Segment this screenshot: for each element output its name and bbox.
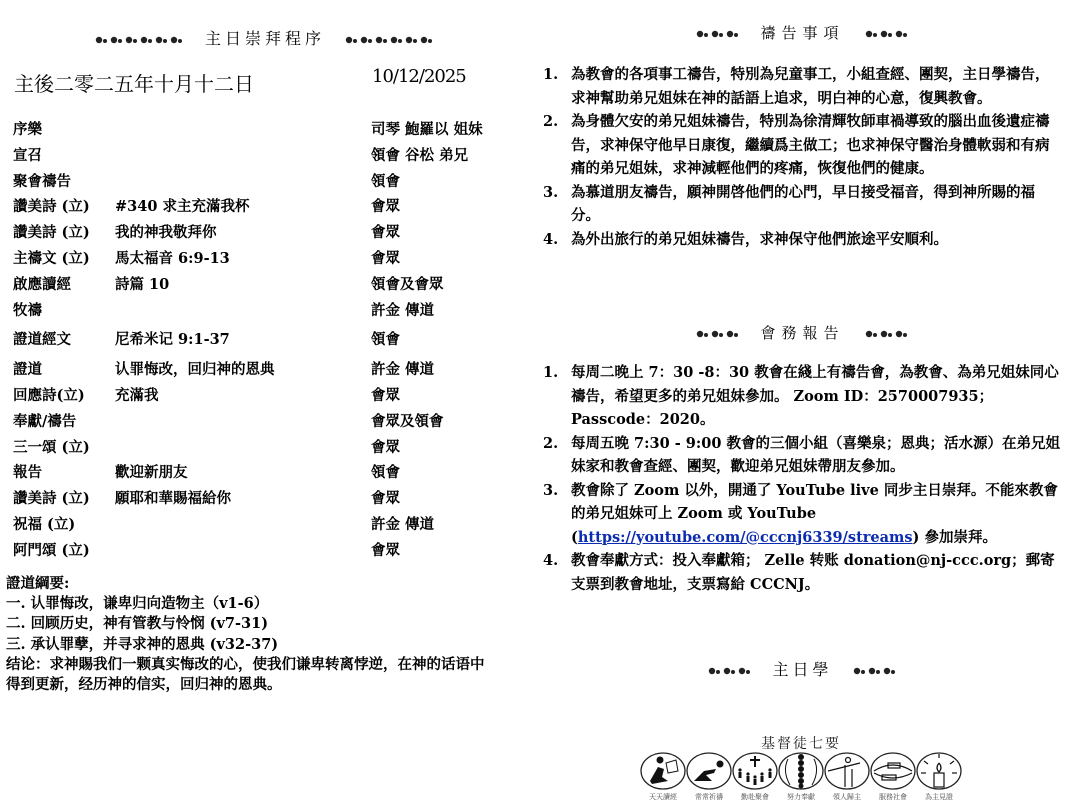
order-item: 證道經文 [13, 328, 71, 349]
logo-caption: 勤赴聚會 [732, 792, 778, 802]
order-row: 證道认罪悔改，回归神的恩典許金 傳道 [13, 358, 523, 384]
ornament-right-icon [852, 666, 898, 676]
logo-captions: 天天讀經 常常祈禱 勤赴聚會 努力奉獻 領人歸主 服務社會 為主見證 [640, 792, 962, 802]
order-detail: 馬太福音 6:9-13 [115, 247, 230, 268]
ornament-left-icon [707, 666, 753, 676]
order-person: 會眾 [371, 195, 400, 216]
order-row: 祝福 (立)許金 傳道 [13, 513, 523, 539]
prayer-title: 禱告事項 [750, 24, 854, 42]
order-row: 序樂司琴 鮑羅以 姐妹 [13, 118, 523, 144]
order-item: 牧禱 [13, 299, 42, 320]
announcement-item: 2.每周五晚 7:30 - 9:00 教會的三個小組（喜樂泉；恩典；活水源）在弟… [540, 432, 1060, 479]
order-detail: 歡迎新朋友 [115, 461, 188, 482]
announcement-item: 1.每周二晚上 7：30 -8：30 教會在綫上有禱告會，為教會、為弟兄姐妹同心… [540, 361, 1060, 432]
order-row: 讚美詩 (立)我的神我敬拜你會眾 [13, 221, 523, 247]
ornament-right-icon [864, 329, 910, 339]
sermon-outline-conclusion-cont: 得到更新，经历神的信实，回归神的恩典。 [6, 675, 521, 695]
order-item: 報告 [13, 461, 42, 482]
order-person: 司琴 鮑羅以 姐妹 [371, 118, 483, 139]
sermon-outline-point: 三. 承认罪孽，并寻求神的恩典 (v32-37) [6, 635, 521, 655]
order-person: 領會 [371, 328, 400, 349]
order-item: 主禱文 (立) [13, 247, 90, 268]
ornament-left-icon [94, 35, 186, 45]
order-person: 許金 傳道 [371, 358, 434, 379]
order-detail: 充滿我 [115, 384, 159, 405]
prayer-header: 禱告事項 [530, 22, 1075, 43]
prayer-item: 1.為教會的各項事工禱告，特別為兒童事工，小組查經、團契，主日學禱告，求神幫助弟… [540, 63, 1060, 110]
announcements-title: 會務報告 [750, 324, 854, 342]
seven-essentials-logo: 基督徒七要 [640, 733, 962, 803]
sunday-school-title: 主日學 [762, 660, 842, 679]
order-row: 啟應讀經詩篇 10領會及會眾 [13, 273, 523, 299]
prayer-item: 3.為慕道朋友禱告，願神開啓他們的心門，早日接受福音，得到神所賜的福分。 [540, 181, 1060, 228]
order-person: 會眾 [371, 384, 400, 405]
order-item: 奉獻/禱告 [13, 410, 76, 431]
ornament-left-icon [695, 329, 741, 339]
order-row: 讚美詩 (立)#340 求主充滿我杯會眾 [13, 195, 523, 221]
order-detail: #340 求主充滿我杯 [115, 195, 249, 216]
worship-program-header: 主日崇拜程序 [0, 26, 530, 49]
sermon-outline-conclusion: 结论：求神賜我们一颗真实悔改的心，使我们谦卑转离悖逆，在神的话语中 [6, 655, 521, 675]
order-detail: 詩篇 10 [115, 273, 169, 294]
order-detail: 认罪悔改，回归神的恩典 [115, 358, 275, 379]
order-row: 聚會禱告領會 [13, 170, 523, 196]
ornament-right-icon [344, 35, 436, 45]
logo-caption: 服務社會 [870, 792, 916, 802]
announcements-list: 1.每周二晚上 7：30 -8：30 教會在綫上有禱告會，為教會、為弟兄姐妹同心… [540, 361, 1060, 596]
youtube-streams-link[interactable]: https://youtube.com/@cccnj6339/streams [578, 529, 913, 546]
order-row: 三一頌 (立)會眾 [13, 436, 523, 462]
prayer-item: 2.為身體欠安的弟兄姐妹禱告，特別為徐清輝牧師車禍導致的腦出血後遺症禱告，求神保… [540, 110, 1060, 181]
logo-caption: 為主見證 [916, 792, 962, 802]
worship-program-page: 主日崇拜程序 主後二零二五年十月十二日 10/12/2025 序樂司琴 鮑羅以 … [0, 0, 530, 804]
order-person: 會眾 [371, 539, 400, 560]
order-item: 證道 [13, 358, 42, 379]
order-person: 會眾 [371, 487, 400, 508]
order-item: 讚美詩 (立) [13, 195, 90, 216]
order-person: 領會 [371, 170, 400, 191]
order-item: 回應詩(立) [13, 384, 85, 405]
order-row: 讚美詩 (立)願耶和華賜福給你會眾 [13, 487, 523, 513]
sermon-outline-heading: 證道綱要: [6, 574, 521, 594]
prayer-list: 1.為教會的各項事工禱告，特別為兒童事工，小組查經、團契，主日學禱告，求神幫助弟… [540, 63, 1060, 251]
ornament-right-icon [864, 29, 910, 39]
order-row: 奉獻/禱告會眾及領會 [13, 410, 523, 436]
order-person: 領會 谷松 弟兄 [371, 144, 468, 165]
prayer-item: 4.為外出旅行的弟兄姐妹禱告，求神保守他們旅途平安順利。 [540, 228, 1060, 252]
order-row: 回應詩(立)充滿我會眾 [13, 384, 523, 410]
sermon-outline-point: 一. 认罪悔改，谦卑归向造物主（v1-6） [6, 594, 521, 614]
sermon-outline: 證道綱要: 一. 认罪悔改，谦卑归向造物主（v1-6） 二. 回顾历史，神有管教… [6, 574, 521, 695]
order-person: 會眾及領會 [371, 410, 444, 431]
order-item: 聚會禱告 [13, 170, 71, 191]
order-row: 主禱文 (立)馬太福音 6:9-13會眾 [13, 247, 523, 273]
ornament-left-icon [695, 29, 741, 39]
date-chinese: 主後二零二五年十月十二日 [14, 68, 254, 97]
logo-icons [640, 751, 962, 791]
order-item: 祝福 (立) [13, 513, 75, 534]
service-icon [871, 753, 915, 789]
order-item: 讚美詩 (立) [13, 221, 90, 242]
logo-caption: 努力奉獻 [778, 792, 824, 802]
order-row: 報告歡迎新朋友領會 [13, 461, 523, 487]
order-person: 會眾 [371, 247, 400, 268]
logo-title: 基督徒七要 [640, 733, 962, 753]
logo-caption: 領人歸主 [824, 792, 870, 802]
order-item: 三一頌 (立) [13, 436, 90, 457]
order-person: 許金 傳道 [371, 513, 434, 534]
order-row: 牧禱許金 傳道 [13, 299, 523, 325]
announcement-item: 4.教會奉獻方式：投入奉獻箱； Zelle 转账 donation@nj-ccc… [540, 549, 1060, 596]
announcement-item: 3.教會除了 Zoom 以外，開通了 YouTube live 同步主日崇拜。不… [540, 479, 1060, 550]
order-row: 宣召領會 谷松 弟兄 [13, 144, 523, 170]
order-row: 證道經文尼希米记 9:1-37領會 [13, 328, 523, 354]
order-item: 序樂 [13, 118, 42, 139]
order-item: 阿門頌 (立) [13, 539, 90, 560]
worship-program-title: 主日崇拜程序 [195, 29, 335, 48]
order-detail: 願耶和華賜福給你 [115, 487, 231, 508]
order-person: 會眾 [371, 221, 400, 242]
worship-order-table: 序樂司琴 鮑羅以 姐妹 宣召領會 谷松 弟兄 聚會禱告領會 讚美詩 (立)#34… [13, 118, 523, 565]
order-detail: 尼希米记 9:1-37 [115, 328, 230, 349]
logo-caption: 常常祈禱 [686, 792, 732, 802]
logo-caption: 天天讀經 [640, 792, 686, 802]
order-item: 啟應讀經 [13, 273, 71, 294]
order-person: 會眾 [371, 436, 400, 457]
announcements-page: 禱告事項 1.為教會的各項事工禱告，特別為兒童事工，小組查經、團契，主日學禱告，… [530, 0, 1075, 804]
order-detail: 我的神我敬拜你 [115, 221, 217, 242]
sermon-outline-point: 二. 回顾历史，神有管教与怜悯 (v7-31) [6, 614, 521, 634]
witness-candle-icon [917, 753, 961, 789]
sunday-school-header: 主日學 [530, 657, 1075, 680]
evangelism-icon [825, 753, 869, 789]
announcements-header: 會務報告 [530, 322, 1075, 343]
date-numeric: 10/12/2025 [372, 66, 466, 87]
order-item: 讚美詩 (立) [13, 487, 90, 508]
order-person: 許金 傳道 [371, 299, 434, 320]
order-row: 阿門頌 (立)會眾 [13, 539, 523, 565]
order-item: 宣召 [13, 144, 42, 165]
order-person: 領會 [371, 461, 400, 482]
order-person: 領會及會眾 [371, 273, 444, 294]
